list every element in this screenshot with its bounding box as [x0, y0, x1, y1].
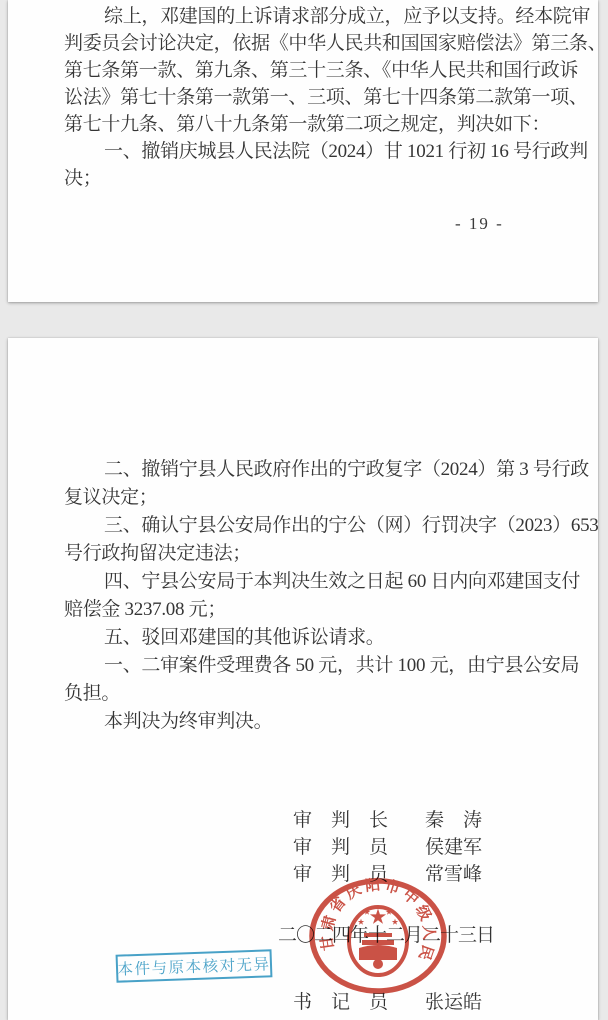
body-line: 赔偿金 3237.08 元；: [64, 596, 598, 624]
body-line: 讼法》第七十条第一款第一、三项、第七十四条第二款第一项、: [64, 84, 598, 111]
page2-body: 二、撤销宁县人民政府作出的宁政复字（2024）第 3 号行政 复议决定； 三、确…: [8, 338, 598, 736]
court-seal-graphic: 甘肃省庆阳市中级人民法院: [293, 861, 444, 991]
body-line: 本判决为终审判决。: [64, 708, 598, 736]
body-line: 复议决定；: [64, 484, 598, 512]
body-line: 第七条第一款、第九条、第三十三条、《中华人民共和国行政诉: [64, 57, 598, 84]
document-page-19: 综上，邓建国的上诉请求部分成立，应予以支持。经本院审 判委员会讨论决定，依据《中…: [8, 0, 598, 302]
signature-name: 侯建军: [425, 837, 482, 858]
signature-role: 审 判 员: [293, 837, 389, 859]
seal-emblem: [349, 907, 407, 975]
body-line: 三、确认宁县公安局作出的宁公（网）行罚决字（2023）653: [64, 512, 598, 540]
page-number: - 19 -: [455, 214, 504, 234]
document-viewer: { "document": { "page1": { "lines": [ "综…: [0, 0, 608, 1020]
body-line: 综上，邓建国的上诉请求部分成立，应予以支持。经本院审: [64, 3, 598, 30]
signature-presiding-judge: 审 判 长秦 涛: [293, 810, 482, 832]
body-line: 决；: [64, 165, 598, 192]
body-line: 五、驳回邓建国的其他诉讼请求。: [64, 624, 598, 652]
body-line: 二、撤销宁县人民政府作出的宁政复字（2024）第 3 号行政: [64, 456, 598, 484]
court-seal: 甘肃省庆阳市中级人民法院: [293, 861, 463, 1011]
signature-judge-1: 审 判 员侯建军: [293, 837, 482, 859]
body-line: 四、宁县公安局于本判决生效之日起 60 日内向邓建国支付: [64, 568, 598, 596]
body-line: 一、二审案件受理费各 50 元，共计 100 元，由宁县公安局: [64, 652, 598, 680]
signature-role: 审 判 长: [293, 810, 389, 832]
verification-stamp: 本件与原本核对无异: [116, 949, 273, 982]
body-line: 判委员会讨论决定，依据《中华人民共和国国家赔偿法》第三条、: [64, 30, 598, 57]
page1-body: 综上，邓建国的上诉请求部分成立，应予以支持。经本院审 判委员会讨论决定，依据《中…: [8, 0, 598, 192]
document-page-final: 二、撤销宁县人民政府作出的宁政复字（2024）第 3 号行政 复议决定； 三、确…: [8, 338, 598, 1020]
signature-name: 秦 涛: [425, 810, 482, 831]
body-line: 负担。: [64, 680, 598, 708]
body-line: 一、撤销庆城县人民法院（2024）甘 1021 行初 16 号行政判: [64, 138, 598, 165]
body-line: 号行政拘留决定违法；: [64, 540, 598, 568]
body-line: 第七十九条、第八十九条第一款第二项之规定，判决如下：: [64, 111, 598, 138]
